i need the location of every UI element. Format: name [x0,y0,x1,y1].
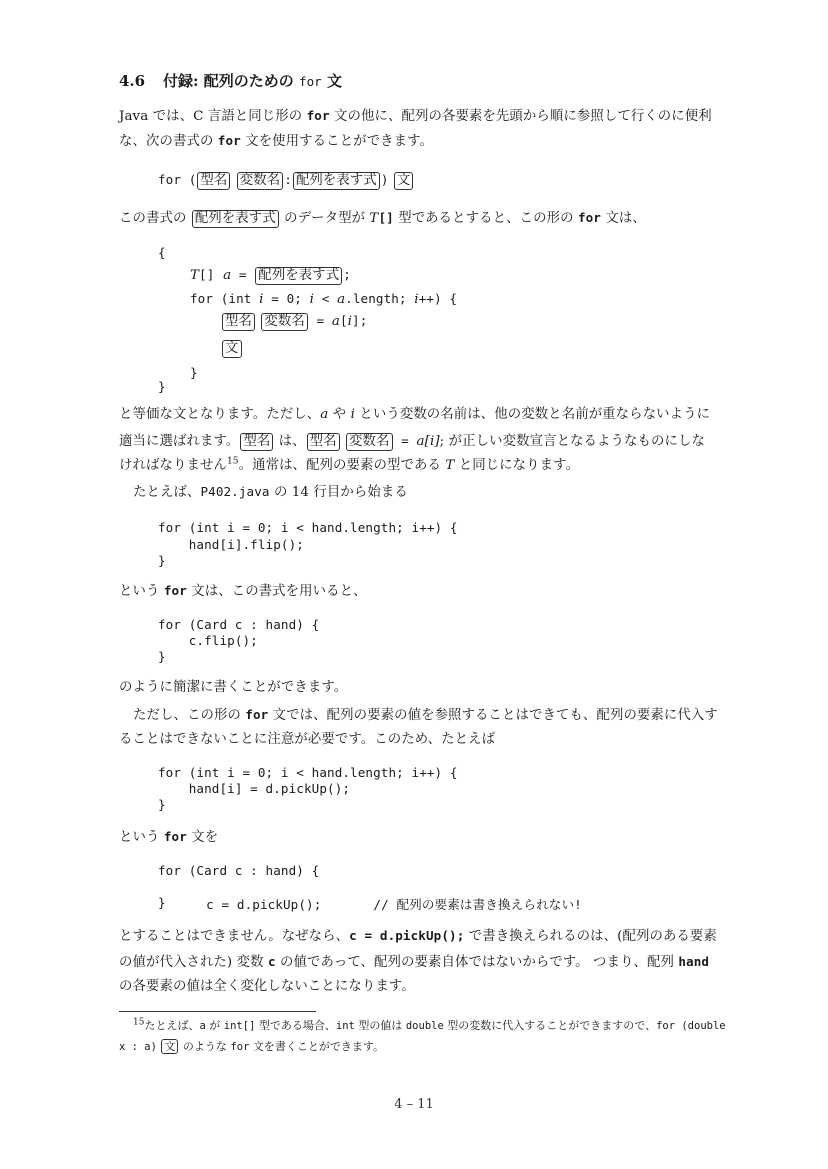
code-line: for (int i = 0; i < hand.length; i++) { [158,519,458,537]
paragraph-line: Java では、C 言語と同じ形の for 文の他に、配列の各要素を先頭から順に… [119,107,712,126]
placeholder-box: 型名 [307,433,340,451]
paragraph-line: とすることはできません。なぜなら、c = d.pickUp(); で書き換えられ… [119,927,717,946]
code-line: { [158,244,166,262]
code-line: } [158,552,166,570]
placeholder-box: 型名 [197,172,230,190]
paragraph-line: のように簡潔に書くことができます。 [119,679,347,697]
section-heading: 4.6付録: 配列のための for 文 [119,70,342,91]
placeholder-box: 配列を表す式 [293,172,380,190]
code-line: } [158,796,166,814]
document-page: 4.6付録: 配列のための for 文 Java では、C 言語と同じ形の fo… [0,0,828,1169]
placeholder-box: 文 [161,1039,178,1054]
placeholder-box: 配列を表す式 [255,267,342,285]
code-line: hand[i] = d.pickUp(); [158,780,350,798]
paragraph-line: の値が代入された) 変数 c の値であって、配列の要素自体ではないからです。 つ… [119,953,709,972]
code-line: } [190,364,198,382]
paragraph-line: ることはできないことに注意が必要です。このため、たとえば [119,731,495,749]
footnote-ref: 15 [227,457,239,467]
footnote-line: x : a) 文 のような for 文を書くことができます。 [119,1039,384,1055]
page-number: 4 – 11 [0,1097,828,1112]
paragraph-line: たとえば、P402.java の 14 行目から始まる [133,483,408,502]
code-line: for (int i = 0; i < a.length; i++) { [190,290,457,309]
footnote-mark: 15 [133,1017,144,1027]
paragraph-line: ければなりません15。通常は、配列の要素の型である T と同じになります。 [119,457,579,475]
paragraph-line: ただし、この形の for 文では、配列の要素の値を参照することはできても、配列の… [133,706,718,725]
placeholder-box: 型名 [240,433,273,451]
placeholder-box: 文 [222,340,242,358]
placeholder-box: 配列を表す式 [192,210,279,228]
placeholder-box: 変数名 [346,433,392,451]
paragraph-line: という for 文を [119,828,218,847]
code-line: T[] a = 配列を表す式; [190,266,351,285]
paragraph-line: と等価な文となります。ただし、a や i という変数の名前は、他の変数と名前が重… [119,406,710,424]
code-line: c = d.pickUp();// 配列の要素は書き換えられない! [158,878,582,933]
paragraph-line: この書式の 配列を表す式 のデータ型が T[] 型であるとすると、この形の fo… [119,209,646,228]
footnote: 15たとえば、a が int[] 型である場合、int 型の値は double … [133,1018,726,1034]
code-line: } [158,894,166,912]
placeholder-box: 型名 [222,313,255,331]
placeholder-box: 文 [394,172,414,190]
syntax-line: for (型名 変数名:配列を表す式) 文 [158,171,414,190]
footnote-rule [119,1011,316,1012]
section-number: 4.6 [119,72,163,90]
paragraph-line: の各要素の値は全く変化しないことになります。 [119,978,415,996]
code-line: c.flip(); [158,632,258,650]
code-line: 型名 変数名 = a[i]; [221,312,367,331]
code-line: 文 [221,340,243,358]
paragraph-line: という for 文は、この書式を用いると、 [119,582,367,601]
code-line: } [158,648,166,666]
placeholder-box: 変数名 [261,313,307,331]
paragraph-line: 適当に選ばれます。型名 は、型名 変数名 = a[i]; が正しい変数宣言となる… [119,432,705,451]
code-line: hand[i].flip(); [158,536,304,554]
placeholder-box: 変数名 [237,172,283,190]
code-line: } [158,378,166,396]
paragraph-line: な、次の書式の for 文を使用することができます。 [119,132,433,151]
